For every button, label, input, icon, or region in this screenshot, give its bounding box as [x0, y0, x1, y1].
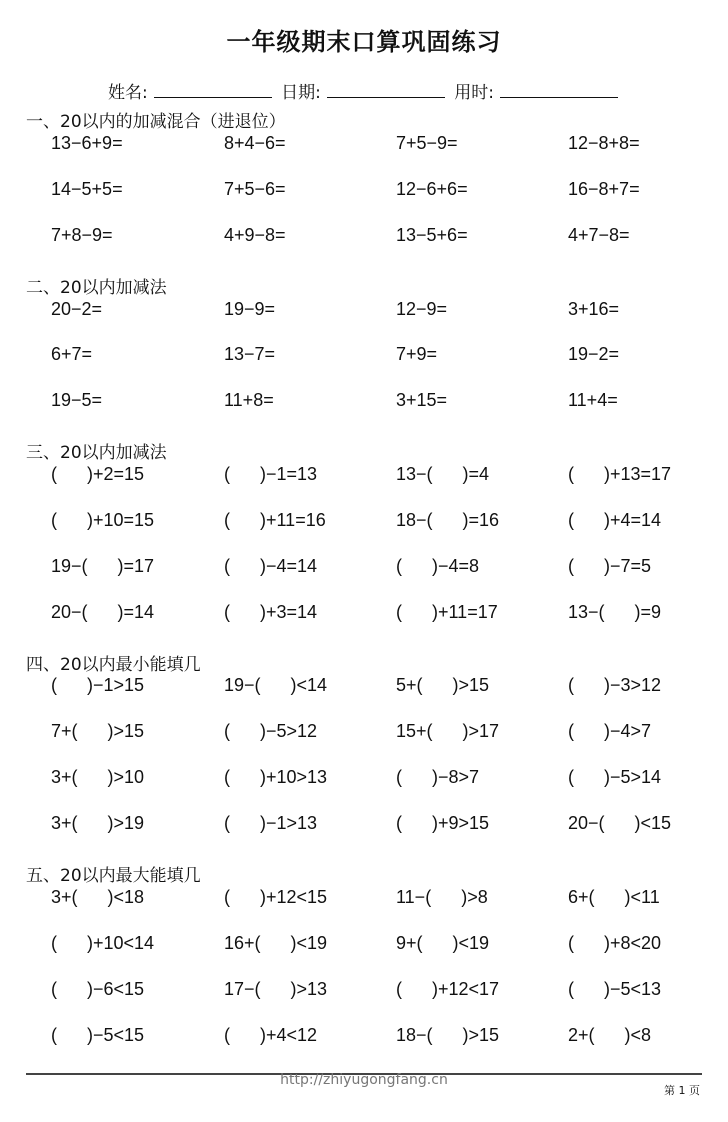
problem: 19−2= — [568, 344, 619, 365]
footer-watermark-url: http://zhiyugongfang.cn — [0, 1072, 728, 1088]
section-2-heading: 二、20以内加减法 — [26, 273, 167, 298]
problem[interactable]: 3+( )>19 — [51, 813, 144, 834]
problem: 11+8= — [224, 390, 274, 411]
problem: 3+16= — [568, 299, 619, 320]
problem-row: ( )−6<15 17−( )>13 ( )+12<17 ( )−5<13 — [0, 979, 728, 1003]
student-info-line: 姓名: 日期: 用时: — [108, 78, 622, 103]
problem[interactable]: 20−( )<15 — [568, 813, 671, 834]
problem-row: 14−5+5= 7+5−6= 12−6+6= 16−8+7= — [0, 179, 728, 203]
problem[interactable]: ( )+12<15 — [224, 887, 327, 908]
problem[interactable]: ( )+2=15 — [51, 464, 144, 485]
problem: 7+5−6= — [224, 179, 286, 200]
problem[interactable]: ( )+11=17 — [396, 602, 498, 623]
problem: 13−5+6= — [396, 225, 468, 246]
problem-row: 7+( )>15 ( )−5>12 15+( )>17 ( )−4>7 — [0, 721, 728, 745]
problem: 12−8+8= — [568, 133, 640, 154]
problem[interactable]: 13−( )=9 — [568, 602, 661, 623]
problem[interactable]: ( )+4=14 — [568, 510, 661, 531]
problem[interactable]: 19−( )<14 — [224, 675, 327, 696]
problem[interactable]: ( )+10<14 — [51, 933, 154, 954]
problem-row: ( )+10=15 ( )+11=16 18−( )=16 ( )+4=14 — [0, 510, 728, 534]
problem: 7+9= — [396, 344, 437, 365]
problem[interactable]: 7+( )>15 — [51, 721, 144, 742]
problem[interactable]: ( )−5<13 — [568, 979, 661, 1000]
problem[interactable]: ( )+4<12 — [224, 1025, 317, 1046]
problem-row: 3+( )<18 ( )+12<15 11−( )>8 6+( )<11 — [0, 887, 728, 911]
problem[interactable]: ( )−4=8 — [396, 556, 479, 577]
problem-row: 13−6+9= 8+4−6= 7+5−9= 12−8+8= — [0, 133, 728, 157]
problem[interactable]: 20−( )=14 — [51, 602, 154, 623]
date-label: 日期: — [281, 78, 321, 103]
problem: 4+7−8= — [568, 225, 630, 246]
problem-row: 20−2= 19−9= 12−9= 3+16= — [0, 299, 728, 323]
name-blank[interactable] — [154, 83, 272, 98]
problem: 14−5+5= — [51, 179, 123, 200]
problem[interactable]: ( )+8<20 — [568, 933, 661, 954]
problem[interactable]: ( )−5>14 — [568, 767, 661, 788]
problem[interactable]: ( )−7=5 — [568, 556, 651, 577]
problem[interactable]: 9+( )<19 — [396, 933, 489, 954]
problem[interactable]: 17−( )>13 — [224, 979, 327, 1000]
problem-row: 19−( )=17 ( )−4=14 ( )−4=8 ( )−7=5 — [0, 556, 728, 580]
problem[interactable]: ( )−1=13 — [224, 464, 317, 485]
problem[interactable]: 15+( )>17 — [396, 721, 499, 742]
problem-row: ( )−1>15 19−( )<14 5+( )>15 ( )−3>12 — [0, 675, 728, 699]
problem: 12−9= — [396, 299, 447, 320]
problem: 13−7= — [224, 344, 275, 365]
problem-row: 19−5= 11+8= 3+15= 11+4= — [0, 390, 728, 414]
problem[interactable]: 18−( )=16 — [396, 510, 499, 531]
problem[interactable]: ( )+13=17 — [568, 464, 671, 485]
problem: 4+9−8= — [224, 225, 286, 246]
problem[interactable]: 19−( )=17 — [51, 556, 154, 577]
problem: 19−9= — [224, 299, 275, 320]
problem[interactable]: 5+( )>15 — [396, 675, 489, 696]
problem[interactable]: ( )+3=14 — [224, 602, 317, 623]
problem-row: ( )+10<14 16+( )<19 9+( )<19 ( )+8<20 — [0, 933, 728, 957]
problem: 20−2= — [51, 299, 102, 320]
problem[interactable]: 3+( )<18 — [51, 887, 144, 908]
problem[interactable]: 16+( )<19 — [224, 933, 327, 954]
name-label: 姓名: — [108, 78, 148, 103]
time-blank[interactable] — [500, 83, 618, 98]
problem[interactable]: ( )−8>7 — [396, 767, 479, 788]
problem-row: 6+7= 13−7= 7+9= 19−2= — [0, 344, 728, 368]
problem: 3+15= — [396, 390, 447, 411]
problem: 16−8+7= — [568, 179, 640, 200]
problem[interactable]: 3+( )>10 — [51, 767, 144, 788]
problem[interactable]: ( )−1>15 — [51, 675, 144, 696]
problem[interactable]: ( )+11=16 — [224, 510, 326, 531]
problem-row: 7+8−9= 4+9−8= 13−5+6= 4+7−8= — [0, 225, 728, 249]
problem[interactable]: ( )+9>15 — [396, 813, 489, 834]
problem[interactable]: 6+( )<11 — [568, 887, 660, 908]
problem[interactable]: ( )−5<15 — [51, 1025, 144, 1046]
problem: 7+8−9= — [51, 225, 113, 246]
problem-row: 3+( )>19 ( )−1>13 ( )+9>15 20−( )<15 — [0, 813, 728, 837]
problem[interactable]: ( )−3>12 — [568, 675, 661, 696]
section-5-heading: 五、20以内最大能填几 — [26, 861, 201, 886]
page-title: 一年级期末口算巩固练习 — [0, 22, 728, 57]
problem[interactable]: ( )+10=15 — [51, 510, 154, 531]
problem-row: ( )+2=15 ( )−1=13 13−( )=4 ( )+13=17 — [0, 464, 728, 488]
problem[interactable]: ( )−1>13 — [224, 813, 317, 834]
section-4-heading: 四、20以内最小能填几 — [26, 650, 201, 675]
problem[interactable]: 11−( )>8 — [396, 887, 488, 908]
problem[interactable]: ( )−4>7 — [568, 721, 651, 742]
problem[interactable]: 13−( )=4 — [396, 464, 489, 485]
problem[interactable]: 2+( )<8 — [568, 1025, 651, 1046]
problem: 12−6+6= — [396, 179, 468, 200]
problem: 8+4−6= — [224, 133, 286, 154]
page-number: 第 1 页 — [664, 1082, 700, 1098]
problem[interactable]: ( )−4=14 — [224, 556, 317, 577]
problem: 13−6+9= — [51, 133, 123, 154]
problem: 6+7= — [51, 344, 92, 365]
section-3-heading: 三、20以内加减法 — [26, 438, 167, 463]
problem: 11+4= — [568, 390, 618, 411]
problem: 19−5= — [51, 390, 102, 411]
problem[interactable]: ( )−6<15 — [51, 979, 144, 1000]
problem[interactable]: 18−( )>15 — [396, 1025, 499, 1046]
problem-row: 3+( )>10 ( )+10>13 ( )−8>7 ( )−5>14 — [0, 767, 728, 791]
problem-row: ( )−5<15 ( )+4<12 18−( )>15 2+( )<8 — [0, 1025, 728, 1049]
time-label: 用时: — [454, 78, 494, 103]
section-1-heading: 一、20以内的加减混合（进退位） — [26, 107, 286, 132]
problem[interactable]: ( )+12<17 — [396, 979, 499, 1000]
problem[interactable]: ( )+10>13 — [224, 767, 327, 788]
problem[interactable]: ( )−5>12 — [224, 721, 317, 742]
problem: 7+5−9= — [396, 133, 458, 154]
problem-row: 20−( )=14 ( )+3=14 ( )+11=17 13−( )=9 — [0, 602, 728, 626]
date-blank[interactable] — [327, 83, 445, 98]
